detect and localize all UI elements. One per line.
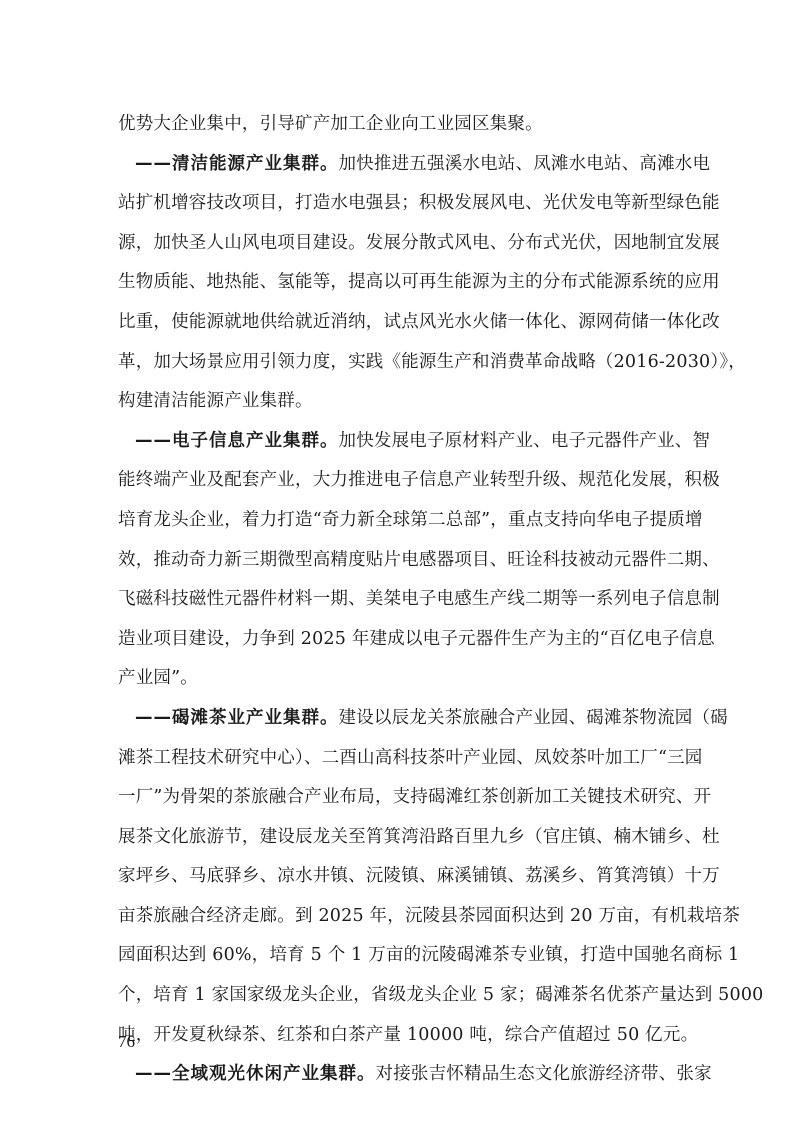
text-line: 革，加大场景应用引领力度，实践《能源生产和消费革命战略（2016-2030）》， (118, 346, 686, 386)
text-line: 一厂”为骨架的茶旅融合产业布局，支持碣滩红茶创新加工关键技术研究、开 (118, 781, 686, 821)
text-line: 优势大企业集中，引导矿产加工企业向工业园区集聚。 (118, 108, 686, 148)
page-number: 76 (118, 1032, 135, 1052)
section-lead-heading: ——电子信息产业集群。 (135, 431, 339, 451)
text-line: 家坪乡、马底驿乡、凉水井镇、沅陵镇、麻溪铺镇、荔溪乡、筲箕湾镇）十万 (118, 860, 686, 900)
text-line: 生物质能、地热能、氢能等，提高以可再生能源为主的分布式能源系统的应用 (118, 266, 686, 306)
text-line: 培育龙头企业，着力打造“奇力新全球第二总部”，重点支持向华电子提质增 (118, 504, 686, 544)
paragraph-tea-industry: ——碣滩茶业产业集群。建设以辰龙关茶旅融合产业园、碣滩茶物流园（碣 滩茶工程技术… (118, 702, 686, 1058)
paragraph-continuation: 优势大企业集中，引导矿产加工企业向工业园区集聚。 (118, 108, 686, 148)
text-line: 源，加快圣人山风电项目建设。发展分散式风电、分布式光伏，因地制宜发展 (118, 227, 686, 267)
text-line: ——全域观光休闲产业集群。对接张吉怀精品生态文化旅游经济带、张家 (118, 1058, 686, 1098)
text-line: 园面积达到 60%，培育 5 个 1 万亩的沅陵碣滩茶专业镇，打造中国驰名商标 … (118, 939, 686, 979)
text-line: 比重，使能源就地供给就近消纳，试点风光水火储一体化、源网荷储一体化改 (118, 306, 686, 346)
text-line: 亩茶旅融合经济走廊。到 2025 年，沅陵县茶园面积达到 20 万亩，有机栽培茶 (118, 900, 686, 940)
text-line: 造业项目建设，力争到 2025 年建成以电子元器件生产为主的“百亿电子信息 (118, 623, 686, 663)
section-lead-heading: ——全域观光休闲产业集群。 (135, 1064, 376, 1084)
text-line: ——碣滩茶业产业集群。建设以辰龙关茶旅融合产业园、碣滩茶物流园（碣 (118, 702, 686, 742)
section-lead-heading: ——清洁能源产业集群。 (135, 154, 339, 174)
text-line: 站扩机增容技改项目，打造水电强县；积极发展风电、光伏发电等新型绿色能 (118, 187, 686, 227)
text-line: 构建清洁能源产业集群。 (118, 385, 686, 425)
text-line: 效，推动奇力新三期微型高精度贴片电感器项目、旺诠科技被动元器件二期、 (118, 544, 686, 584)
text-line: 滩茶工程技术研究中心）、二酉山高科技茶叶产业园、凤姣茶叶加工厂“三园 (118, 742, 686, 782)
text-line: 产业园”。 (118, 662, 686, 702)
section-lead-heading: ——碣滩茶业产业集群。 (135, 708, 339, 728)
paragraph-tourism: ——全域观光休闲产业集群。对接张吉怀精品生态文化旅游经济带、张家 (118, 1058, 686, 1098)
text-line: 能终端产业及配套产业，大力推进电子信息产业转型升级、规范化发展，积极 (118, 464, 686, 504)
document-page: 优势大企业集中，引导矿产加工企业向工业园区集聚。 ——清洁能源产业集群。加快推进… (118, 108, 686, 1098)
paragraph-electronic-info: ——电子信息产业集群。加快发展电子原材料产业、电子元器件产业、智 能终端产业及配… (118, 425, 686, 702)
text-line: ——清洁能源产业集群。加快推进五强溪水电站、凤滩水电站、高滩水电 (118, 148, 686, 188)
text-span: 加快发展电子原材料产业、电子元器件产业、智 (339, 431, 711, 451)
text-span: 加快推进五强溪水电站、凤滩水电站、高滩水电 (339, 154, 711, 174)
text-line: 吨，开发夏秋绿茶、红茶和白茶产量 10000 吨，综合产值超过 50 亿元。 (118, 1019, 686, 1059)
text-span: 建设以辰龙关茶旅融合产业园、碣滩茶物流园（碣 (339, 708, 728, 728)
text-line: ——电子信息产业集群。加快发展电子原材料产业、电子元器件产业、智 (118, 425, 686, 465)
paragraph-clean-energy: ——清洁能源产业集群。加快推进五强溪水电站、凤滩水电站、高滩水电 站扩机增容技改… (118, 148, 686, 425)
text-line: 个，培育 1 家国家级龙头企业，省级龙头企业 5 家；碣滩茶名优茶产量达到 50… (118, 979, 686, 1019)
text-line: 展茶文化旅游节，建设辰龙关至筲箕湾沿路百里九乡（官庄镇、楠木铺乡、杜 (118, 821, 686, 861)
text-line: 飞磁科技磁性元器件材料一期、美桀电子电感生产线二期等一系列电子信息制 (118, 583, 686, 623)
text-span: 对接张吉怀精品生态文化旅游经济带、张家 (376, 1064, 712, 1084)
